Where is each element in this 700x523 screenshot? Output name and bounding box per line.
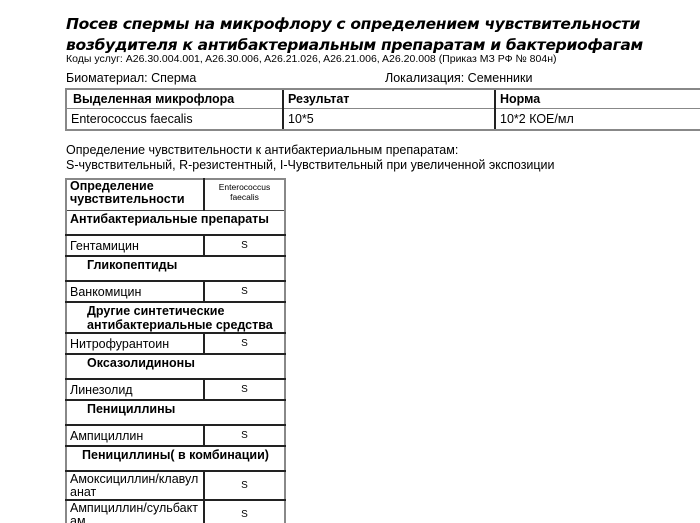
drug-name: Нитрофурантоин [66, 333, 204, 354]
table-row: Ванкомицин S [66, 281, 285, 302]
table-row: Enterococcus faecalis 10*5 10*2 КОЕ/мл [66, 109, 700, 131]
group-other-synthetic-label: Другие синтетические антибактериальные с… [70, 304, 281, 332]
table-row: Амоксициллин/клавуланат S [66, 471, 285, 500]
drug-name: Амоксициллин/клавуланат [66, 471, 204, 500]
header-organism: Enterococcus faecalis [204, 179, 285, 211]
group-row: Оксазолидиноны [66, 354, 285, 379]
table-row: Нитрофурантоин S [66, 333, 285, 354]
description-line-1: Определение чувствительности к антибакте… [66, 143, 555, 158]
table-header-row: Выделенная микрофлора Результат Норма [66, 89, 700, 109]
description-line-2: S-чувствительный, R-резистентный, I-Чувс… [66, 158, 555, 173]
biomaterial-label: Биоматериал: Сперма [66, 71, 196, 85]
sensitivity-description: Определение чувствительности к антибакте… [66, 143, 555, 173]
table-row: Ампициллин/сульбактам S [66, 500, 285, 523]
drug-name: Ампициллин [66, 425, 204, 446]
header-microflora: Выделенная микрофлора [66, 89, 283, 109]
table-row: Линезолид S [66, 379, 285, 400]
section-row: Антибактериальные препараты [66, 211, 285, 236]
drug-name: Ампициллин/сульбактам [66, 500, 204, 523]
sensitivity-header-row: Определение чувствительности Enterococcu… [66, 179, 285, 211]
sensitivity-table: Определение чувствительности Enterococcu… [65, 178, 286, 523]
cell-organism: Enterococcus faecalis [66, 109, 283, 131]
drug-name: Линезолид [66, 379, 204, 400]
drug-value: S [204, 379, 285, 400]
header-sensitivity-label: Определение чувствительности [66, 179, 204, 211]
drug-value: S [204, 281, 285, 302]
group-other-synthetic: Другие синтетические антибактериальные с… [66, 302, 285, 333]
drug-value: S [204, 235, 285, 256]
group-row: Гликопептиды [66, 256, 285, 281]
header-result: Результат [283, 89, 495, 109]
document-title: Посев спермы на микрофлору с определение… [66, 14, 700, 56]
group-penicillins: Пенициллины [66, 400, 285, 425]
group-oxazolidinones: Оксазолидиноны [66, 354, 285, 379]
drug-value: S [204, 425, 285, 446]
group-row: Пенициллины [66, 400, 285, 425]
microflora-table: Выделенная микрофлора Результат Норма En… [65, 88, 700, 131]
drug-name: Ванкомицин [66, 281, 204, 302]
group-row: Пенициллины( в комбинации) [66, 446, 285, 471]
table-row: Гентамицин S [66, 235, 285, 256]
cell-result: 10*5 [283, 109, 495, 131]
group-glycopeptides: Гликопептиды [66, 256, 285, 281]
group-row: Другие синтетические антибактериальные с… [66, 302, 285, 333]
section-antibacterial: Антибактериальные препараты [66, 211, 285, 236]
header-norm: Норма [495, 89, 700, 109]
cell-norm: 10*2 КОЕ/мл [495, 109, 700, 131]
drug-value: S [204, 333, 285, 354]
service-codes: Коды услуг: A26.30.004.001, A26.30.006, … [66, 53, 557, 65]
localization-label: Локализация: Семенники [385, 71, 532, 85]
table-row: Ампициллин S [66, 425, 285, 446]
drug-value: S [204, 471, 285, 500]
group-penicillins-combination: Пенициллины( в комбинации) [66, 446, 285, 471]
drug-value: S [204, 500, 285, 523]
drug-name: Гентамицин [66, 235, 204, 256]
